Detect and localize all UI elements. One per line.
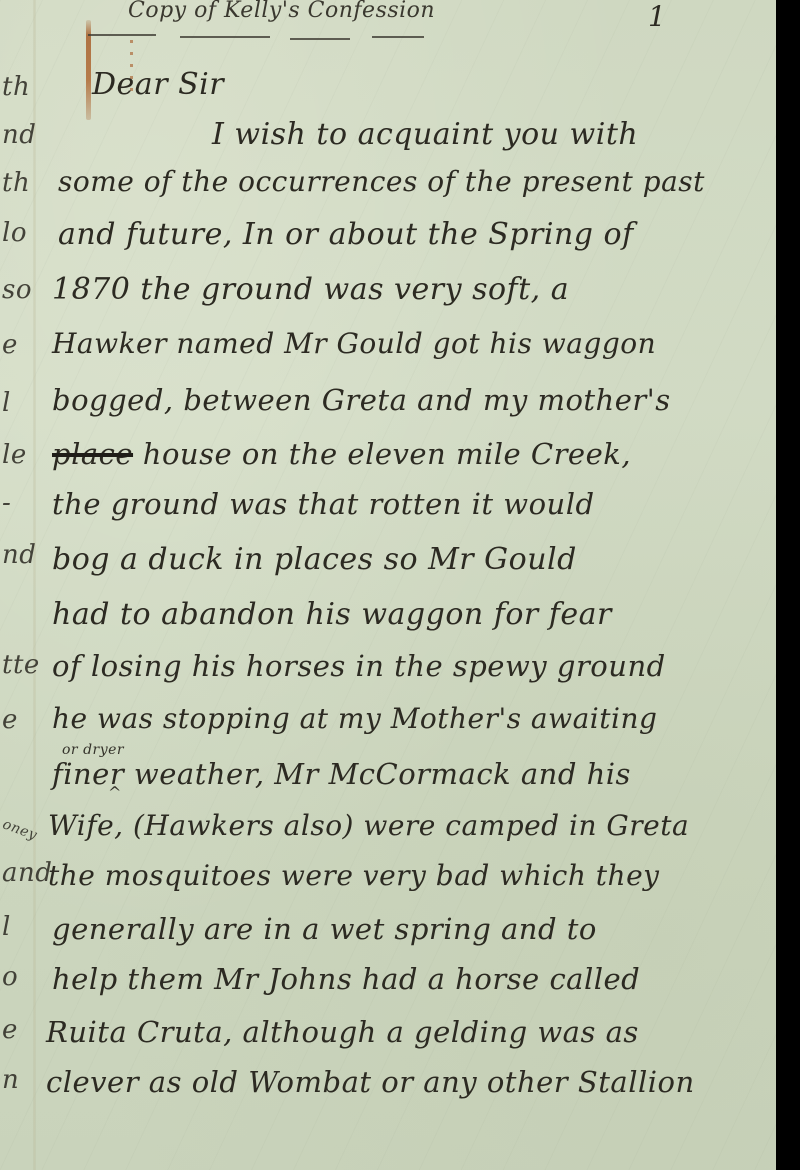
manuscript-page: Copy of Kelly's Confession 1 Dear Sir I … bbox=[0, 0, 776, 1170]
interlinear-insertion: or dryer bbox=[62, 742, 124, 758]
margin-fragment: o bbox=[2, 962, 18, 992]
page-number: 1 bbox=[648, 0, 666, 33]
margin-fragment: l bbox=[2, 912, 11, 942]
body-line: of losing his horses in the spewy ground bbox=[52, 652, 666, 681]
body-line: help them Mr Johns had a horse called bbox=[52, 965, 640, 994]
body-line: finer weather, Mr McCormack and his bbox=[52, 760, 631, 789]
body-line: bog a duck in places so Mr Gould bbox=[52, 545, 577, 575]
document-viewport: Copy of Kelly's Confession 1 Dear Sir I … bbox=[0, 0, 800, 1170]
body-line: Hawker named Mr Gould got his waggon bbox=[52, 330, 656, 358]
margin-fragment: e bbox=[2, 330, 18, 360]
title-underline bbox=[290, 38, 350, 40]
body-line: the ground was that rotten it would bbox=[52, 490, 595, 519]
margin-fragment: nd bbox=[2, 540, 36, 570]
margin-fragment: le bbox=[2, 440, 27, 470]
body-line-with-strikeout: place house on the eleven mile Creek, bbox=[52, 440, 631, 469]
margin-fragment: e bbox=[2, 1015, 18, 1045]
margin-fragment: th bbox=[2, 168, 30, 198]
title-underline bbox=[180, 36, 270, 38]
margin-fragment: n bbox=[2, 1065, 19, 1095]
body-line: clever as old Wombat or any other Stalli… bbox=[46, 1068, 695, 1097]
margin-fragment: th bbox=[2, 72, 30, 102]
margin-fragment: - bbox=[2, 488, 11, 518]
body-line: bogged, between Greta and my mother's bbox=[52, 386, 671, 415]
struck-word: place bbox=[52, 437, 133, 471]
title-underline bbox=[372, 36, 424, 38]
body-line: house on the eleven mile Creek, bbox=[143, 437, 631, 471]
body-line: had to abandon his waggon for fear bbox=[52, 600, 612, 630]
margin-fragment: and bbox=[2, 858, 52, 888]
margin-fragment: l bbox=[2, 388, 11, 418]
margin-fragment: lo bbox=[2, 218, 27, 248]
body-line: Wife, (Hawkers also) were camped in Gret… bbox=[48, 812, 689, 840]
body-line: and future, In or about the Spring of bbox=[58, 220, 634, 250]
fold-crease bbox=[33, 0, 36, 1170]
body-line: 1870 the ground was very soft, a bbox=[52, 275, 569, 305]
document-title: Copy of Kelly's Confession bbox=[128, 0, 435, 23]
body-line: some of the occurrences of the present p… bbox=[58, 168, 705, 196]
body-line: I wish to acquaint you with bbox=[212, 120, 638, 150]
margin-fragment: tte bbox=[2, 650, 40, 680]
margin-fragment: e bbox=[2, 705, 18, 735]
body-line: generally are in a wet spring and to bbox=[52, 915, 597, 944]
body-line: Ruita Cruta, although a gelding was as bbox=[46, 1018, 639, 1047]
margin-fragment: nd bbox=[2, 120, 36, 150]
margin-fragment: so bbox=[2, 275, 32, 305]
body-line: the mosquitoes were very bad which they bbox=[48, 862, 659, 890]
title-underline bbox=[88, 34, 156, 36]
salutation: Dear Sir bbox=[92, 70, 224, 100]
scan-border bbox=[776, 0, 800, 1170]
body-line: he was stopping at my Mother's awaiting bbox=[52, 705, 657, 733]
